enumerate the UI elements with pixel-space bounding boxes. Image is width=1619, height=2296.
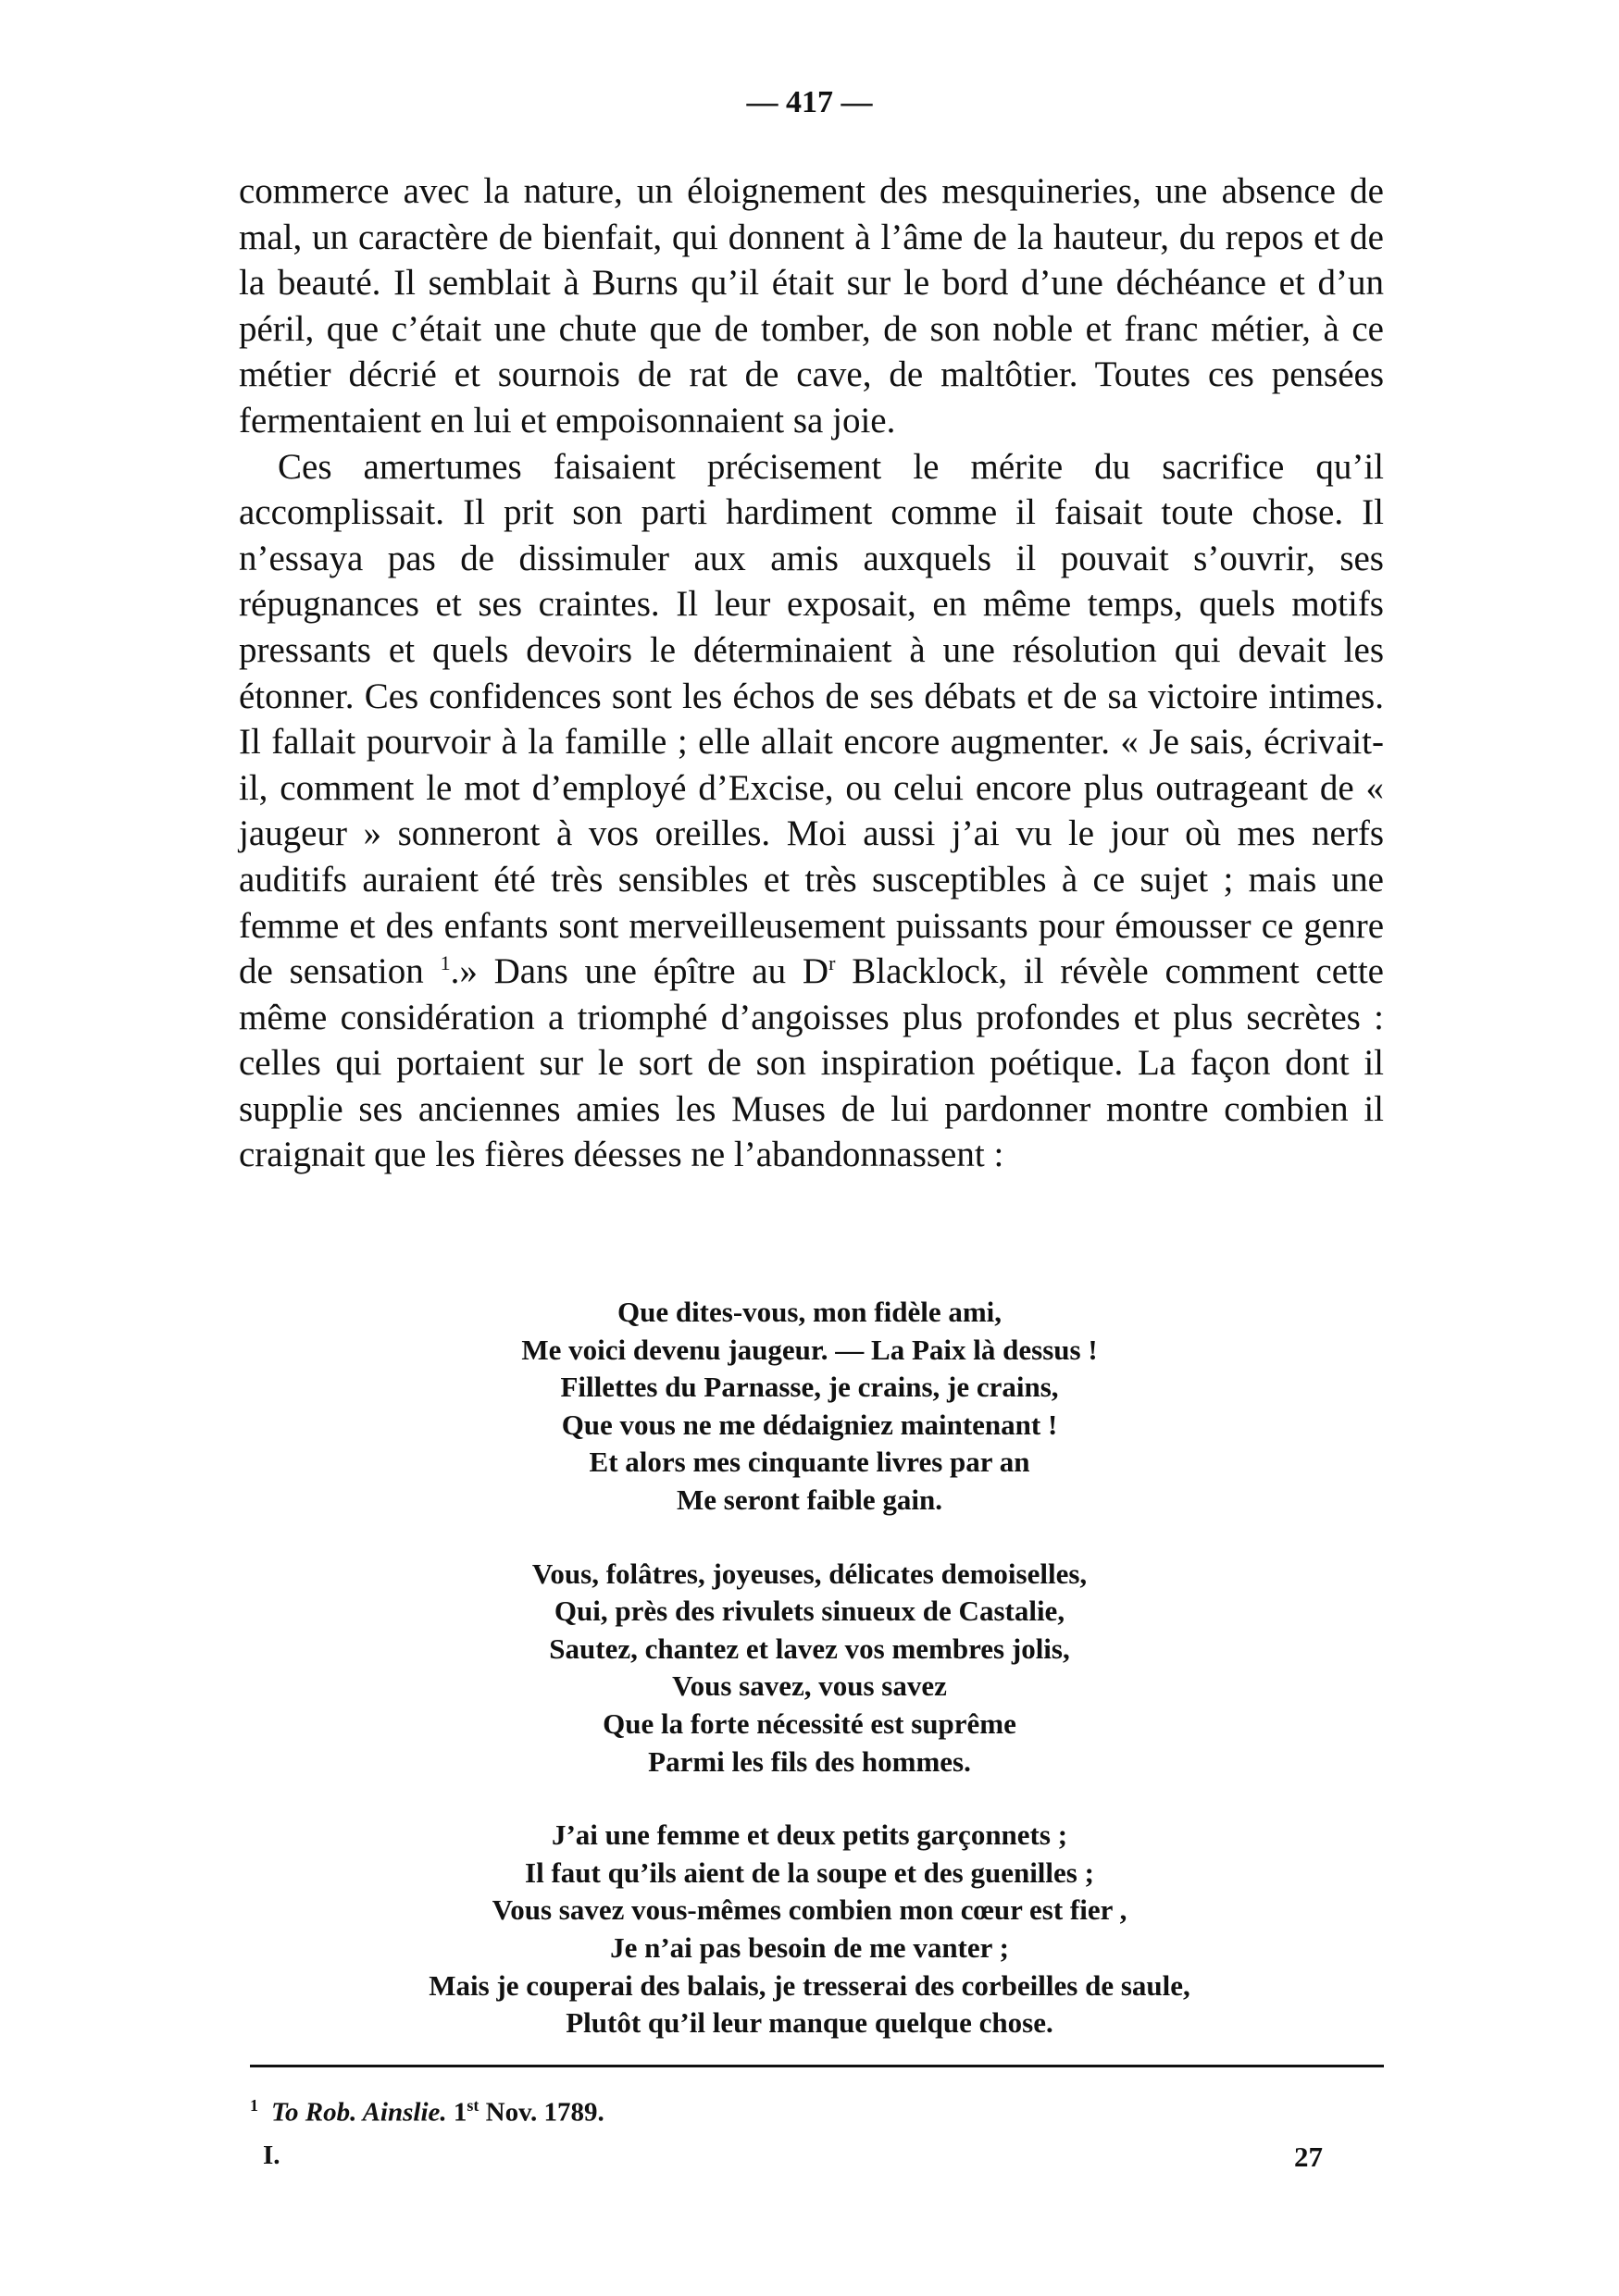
verse-line: Parmi les fils des hommes. [0, 1744, 1619, 1781]
footnote-recipient: To Rob. Ainslie. [271, 2098, 447, 2128]
verse-line: J’ai une femme et deux petits garçonnets… [0, 1817, 1619, 1855]
poem-quotation: Que dites-vous, mon fidèle ami, Me voici… [0, 1294, 1619, 2079]
verse-line: Mais je couperai des balais, je tressera… [0, 1967, 1619, 2005]
verse-line: Me voici devenu jaugeur. — La Paix là de… [0, 1332, 1619, 1370]
paragraph-continued: commerce avec la nature, un éloignement … [239, 168, 1384, 444]
footnote: 1To Rob. Ainslie. 1st Nov. 1789. [250, 2096, 604, 2128]
stanza: J’ai une femme et deux petits garçonnets… [0, 1817, 1619, 2042]
page-number: — 417 — [0, 85, 1619, 120]
verse-line: Il faut qu’ils aient de la soupe et des … [0, 1855, 1619, 1893]
verse-line: Me seront faible gain. [0, 1482, 1619, 1520]
verse-line: Qui, près des rivulets sinueux de Castal… [0, 1593, 1619, 1631]
body-text: commerce avec la nature, un éloignement … [239, 168, 1384, 1178]
footnote-number: 1 [250, 2096, 258, 2115]
verse-line: Et alors mes cinquante livres par an [0, 1444, 1619, 1482]
verse-line: Vous savez, vous savez [0, 1668, 1619, 1706]
footnote-divider [250, 2065, 1384, 2067]
verse-line: Que la forte nécessité est suprême [0, 1706, 1619, 1744]
verse-line: Vous savez vous-mêmes combien mon cœur e… [0, 1892, 1619, 1930]
footnote-day: 1 [454, 2098, 467, 2128]
verse-line: Que vous ne me dédaigniez maintenant ! [0, 1407, 1619, 1445]
verse-line: Sautez, chantez et lavez vos membres jol… [0, 1631, 1619, 1669]
verse-line: Vous, folâtres, joyeuses, délicates demo… [0, 1556, 1619, 1594]
stanza: Vous, folâtres, joyeuses, délicates demo… [0, 1556, 1619, 1781]
footnote-date: Nov. 1789. [479, 2098, 604, 2128]
verse-line: Que dites-vous, mon fidèle ami, [0, 1294, 1619, 1332]
paragraph-text: .» Dans une épître au D [451, 951, 829, 991]
footnote-day-suffix: st [467, 2096, 479, 2115]
verse-line: Plutôt qu’il leur manque quelque chose. [0, 2004, 1619, 2042]
footnote-reference[interactable]: 1 [441, 951, 451, 974]
verse-line: Fillettes du Parnasse, je crains, je cra… [0, 1369, 1619, 1407]
book-page: — 417 — commerce avec la nature, un éloi… [0, 0, 1619, 2296]
verse-line: Je n’ai pas besoin de me vanter ; [0, 1930, 1619, 1967]
paragraph-text: Ces amertumes faisaient précisement le m… [239, 447, 1384, 992]
signature-mark: I. [263, 2141, 280, 2171]
paragraph: Ces amertumes faisaient précisement le m… [239, 444, 1384, 1179]
stanza: Que dites-vous, mon fidèle ami, Me voici… [0, 1294, 1619, 1520]
sheet-number: 27 [1294, 2141, 1323, 2174]
